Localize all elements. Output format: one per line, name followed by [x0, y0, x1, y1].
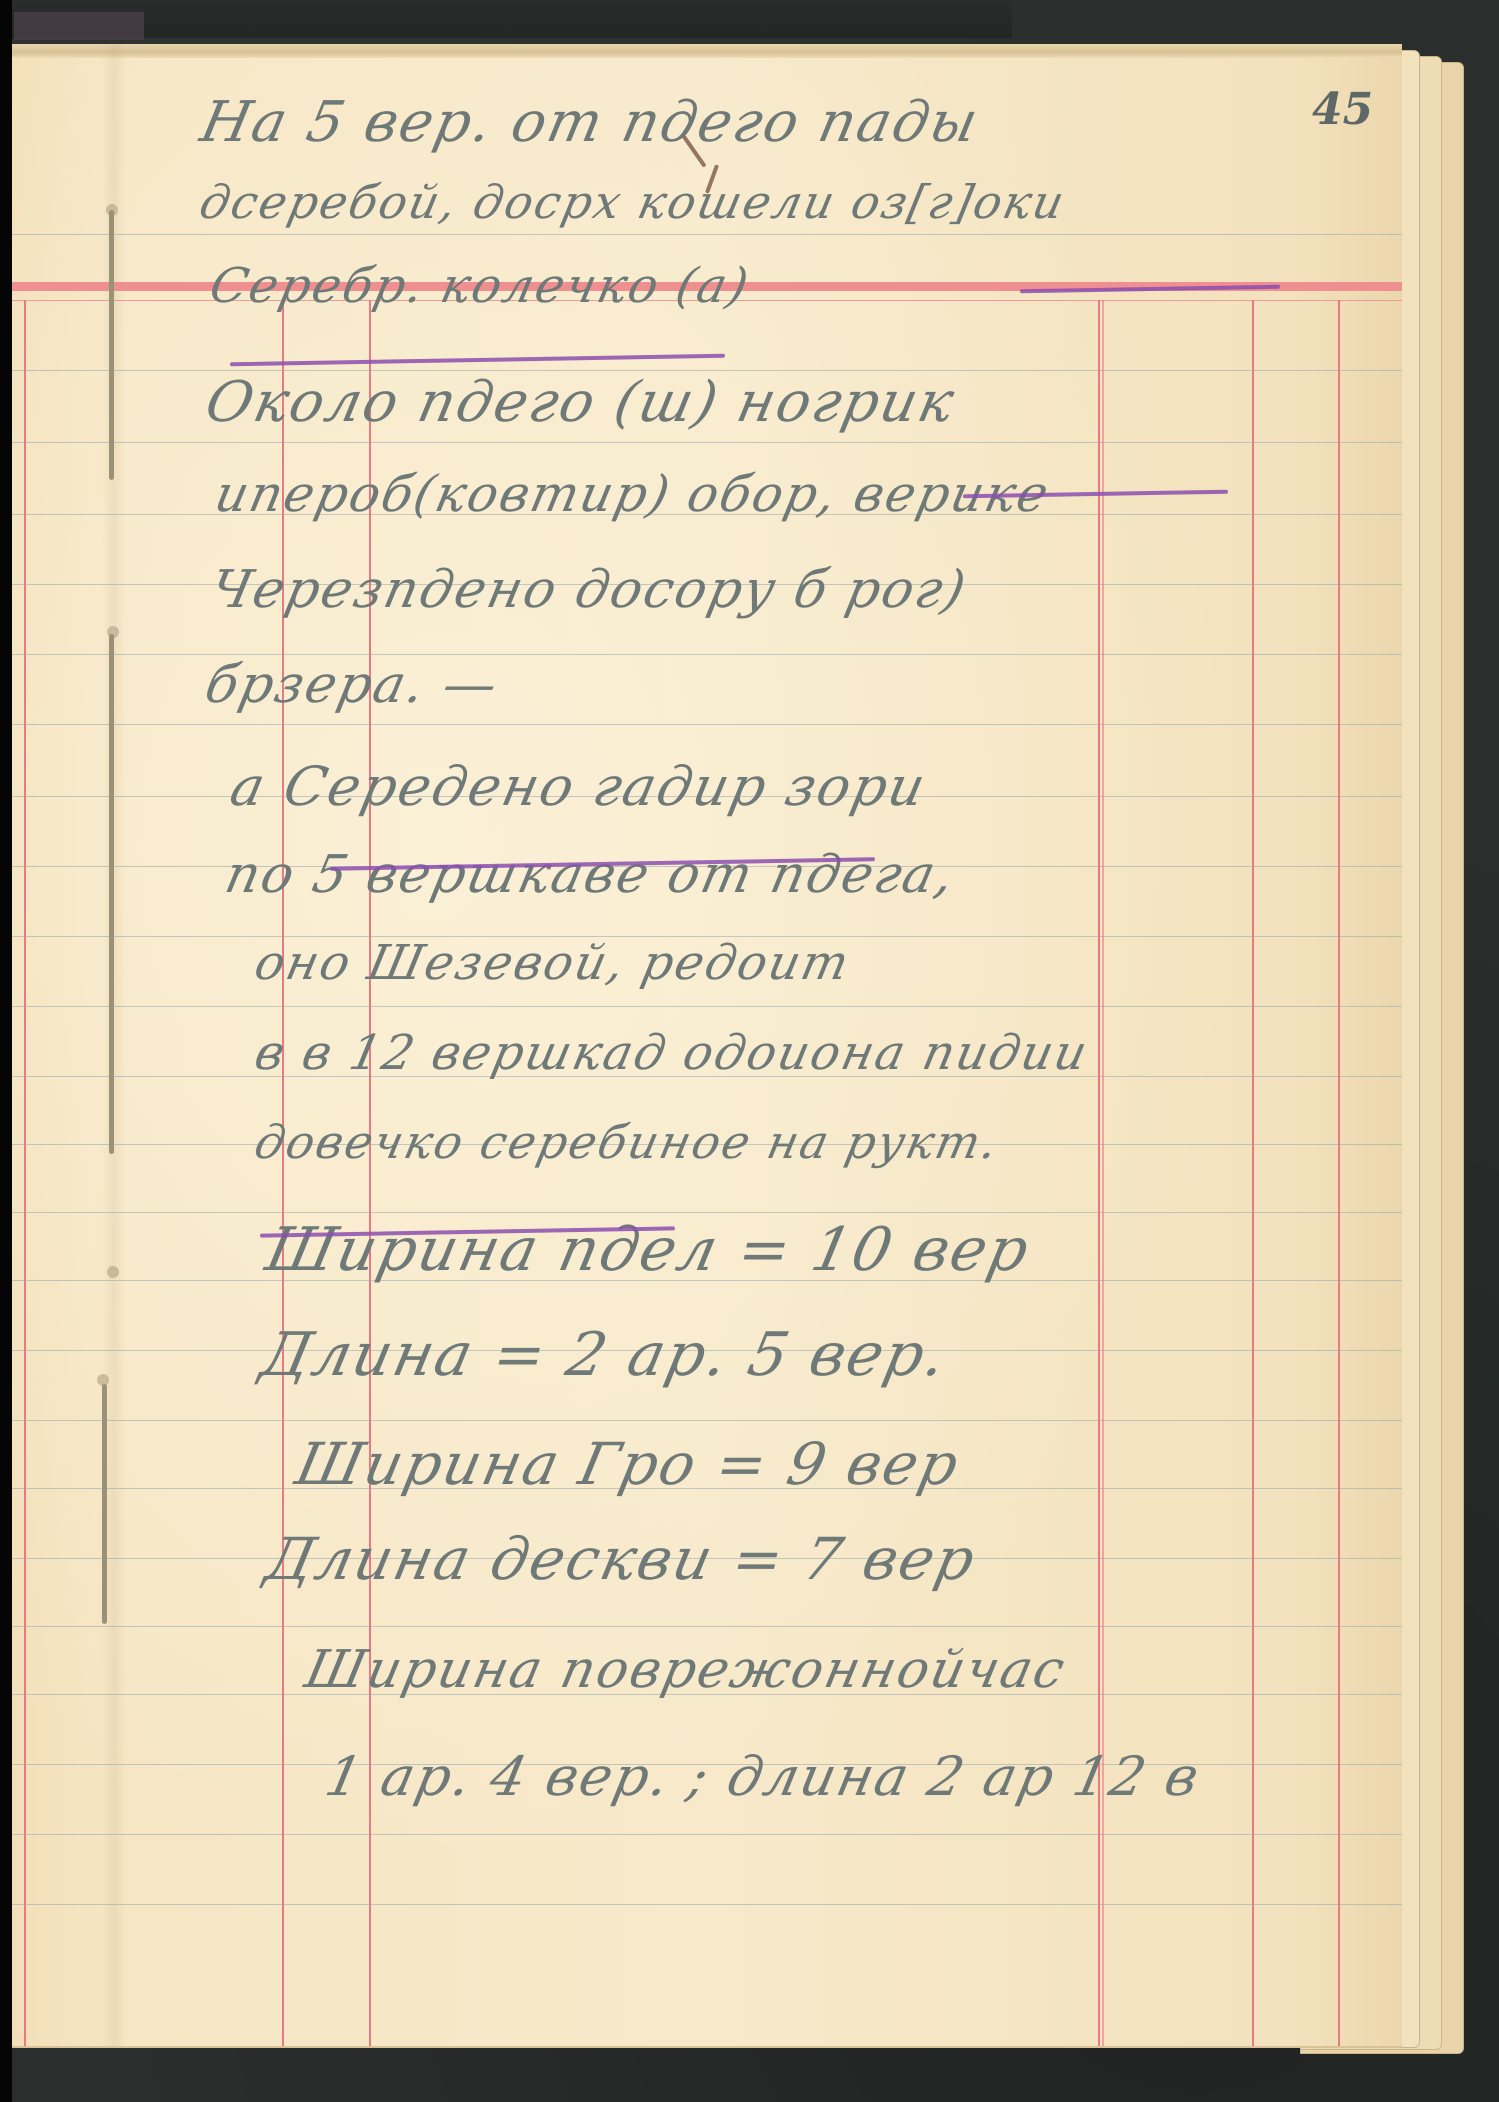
handwritten-line: Ширина Гро = 9 вер	[290, 1430, 966, 1498]
handwritten-line: в в 12 вершкад одоиона пидии	[250, 1025, 1094, 1081]
handwritten-line: брзера. —	[200, 655, 504, 715]
cover-stain	[14, 12, 144, 40]
column-rule	[1252, 300, 1254, 2046]
column-rule	[1338, 300, 1340, 2046]
page-number: 45	[1312, 84, 1373, 135]
handwritten-line: Длина = 2 ар. 5 вер.	[255, 1320, 954, 1390]
handwritten-line: Длина дескви = 7 вер	[260, 1525, 982, 1593]
ruled-line	[12, 1834, 1402, 1835]
purple-underline	[230, 354, 725, 367]
handwritten-line: дсеребой, досрх кошели оз[г]оки	[195, 175, 1071, 229]
ruled-line	[12, 442, 1402, 443]
binding-fold	[102, 44, 126, 2046]
ruled-line	[12, 724, 1402, 725]
handwritten-line: оно Шезевой, редоит	[250, 935, 855, 991]
ruled-line	[12, 1626, 1402, 1627]
handwritten-line: ипероб(ковтир) обор, верике	[210, 465, 1055, 523]
column-rule	[24, 300, 26, 2046]
handwritten-line: довечко серебиное на рукт.	[250, 1115, 1004, 1169]
handwritten-line: по 5 вершкаве от пдега,	[220, 845, 961, 905]
binding-thread	[109, 634, 114, 1154]
handwritten-line: а Середено гадир зори	[225, 755, 933, 818]
ruled-line	[12, 1212, 1402, 1213]
handwritten-line: Ширина пдел = 10 вер	[260, 1215, 1036, 1285]
binding-thread	[102, 1384, 107, 1624]
handwritten-line: Черезпдено досору б рог)	[205, 560, 973, 620]
page-top-edge	[12, 44, 1402, 58]
handwritten-line: Серебр. колечко (а)	[205, 258, 755, 314]
left-shadow	[0, 0, 12, 2102]
handwritten-line: Ширина поврежоннойчас	[300, 1640, 1071, 1700]
ruled-line	[12, 234, 1402, 235]
handwritten-line: На 5 вер. от пдего пады	[195, 90, 985, 155]
binding-thread	[109, 210, 114, 480]
handwritten-line: 1 ар. 4 вер. ; длина 2 ар 12 в	[320, 1745, 1206, 1808]
ruled-line	[12, 1904, 1402, 1905]
handwritten-line: Около пдего (ш) ногрик	[200, 370, 961, 435]
ruled-line	[12, 1420, 1402, 1421]
cover-flap	[12, 0, 1012, 38]
stitch-hole	[107, 1266, 119, 1278]
ruled-line	[12, 1006, 1402, 1007]
notebook-page: 45 На 5 вер. от пдего падыдсеребой, доср…	[12, 44, 1402, 2048]
